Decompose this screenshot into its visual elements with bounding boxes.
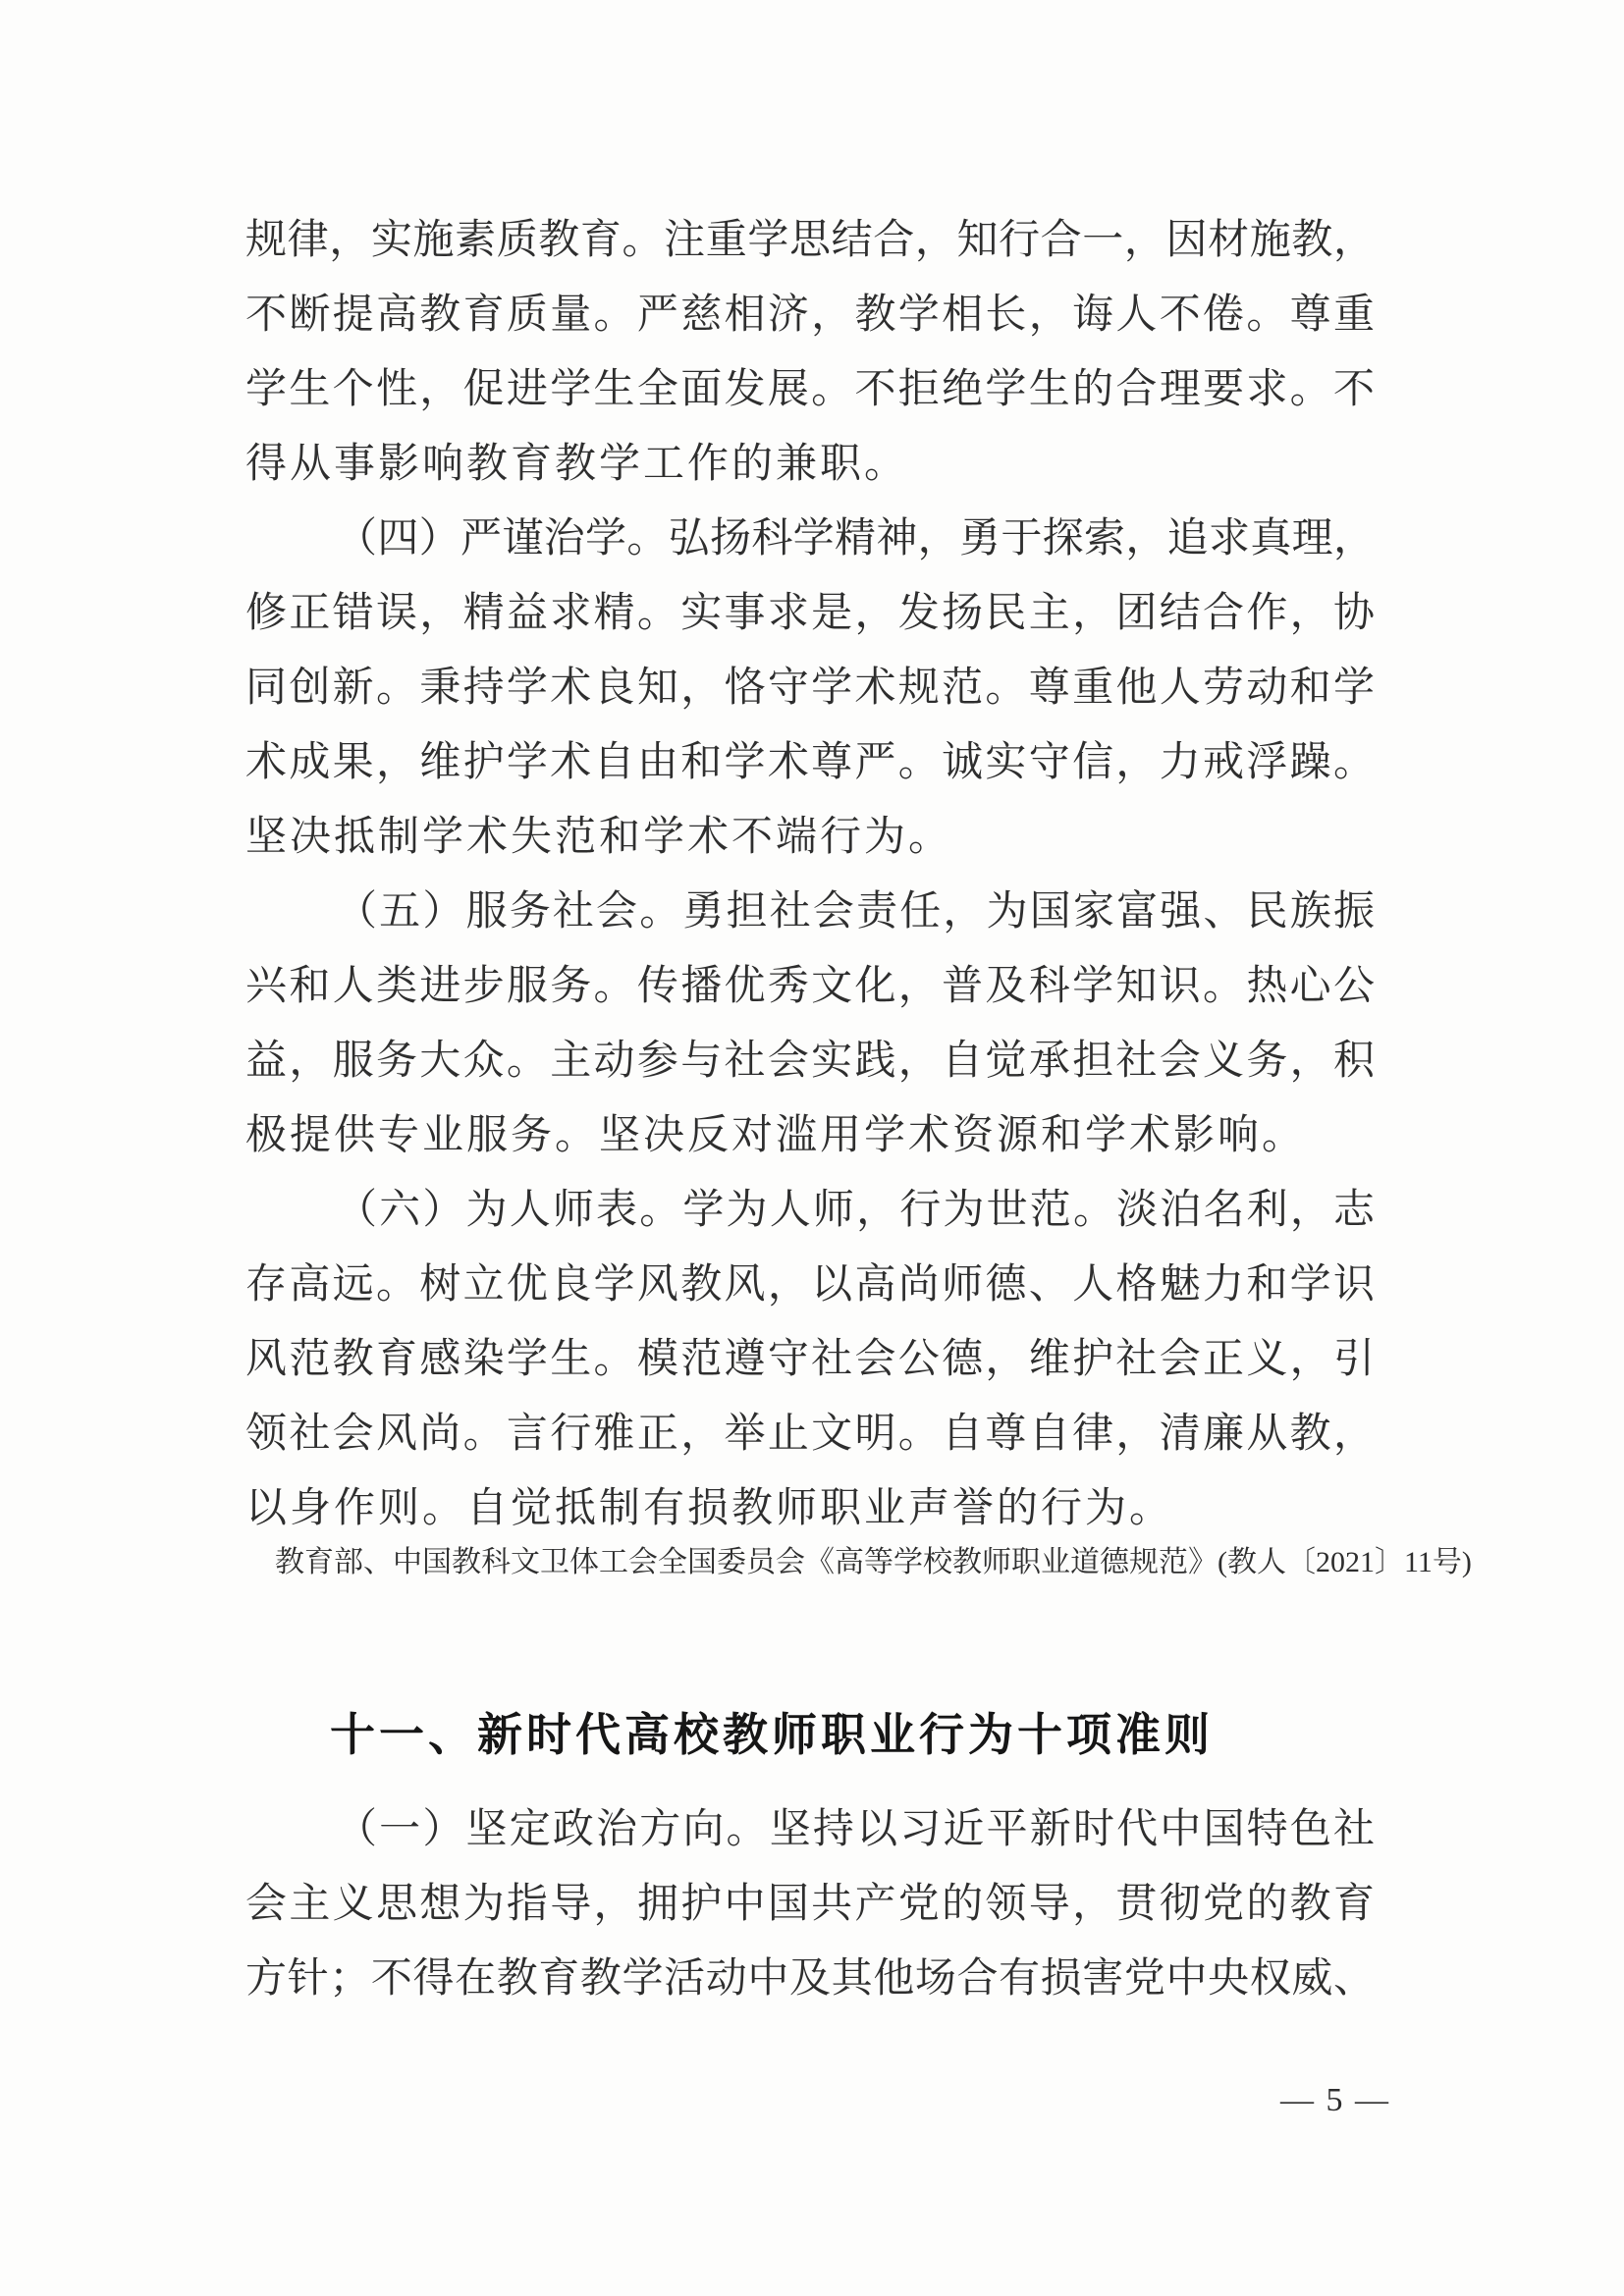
document-page: 规律，实施素质教育。注重学思结合，知行合一，因材施教， 不断提高教育质量。严慈相… [0, 0, 1624, 2296]
text-line: （六）为人师表。学为人师，行为世范。淡泊名利，志 [245, 1173, 1375, 1248]
section-heading: 十一、新时代高校教师职业行为十项准则 [245, 1705, 1214, 1764]
text-line: 术成果，维护学术自由和学术尊严。诚实守信，力戒浮躁。 [245, 725, 1375, 800]
text-line: 修正错误，精益求精。实事求是，发扬民主，团结合作，协 [245, 576, 1375, 651]
text-line: （一）坚定政治方向。坚持以习近平新时代中国特色社 [245, 1792, 1375, 1867]
section-text-block: （一）坚定政治方向。坚持以习近平新时代中国特色社 会主义思想为指导，拥护中国共产… [245, 1792, 1375, 2016]
text-line: （四）严谨治学。弘扬科学精神，勇于探索，追求真理， [245, 502, 1375, 576]
text-line: 规律，实施素质教育。注重学思结合，知行合一，因材施教， [245, 203, 1375, 278]
text-line: 会主义思想为指导，拥护中国共产党的领导，贯彻党的教育 [245, 1867, 1375, 1942]
text-line: 学生个性，促进学生全面发展。不拒绝学生的合理要求。不 [245, 352, 1375, 427]
citation-note: 教育部、中国教科文卫体工会全国委员会《高等学校教师职业道德规范》(教人〔2021… [245, 1543, 1394, 1582]
text-line: 领社会风尚。言行雅正，举止文明。自尊自律，清廉从教， [245, 1397, 1375, 1471]
text-line: 不断提高教育质量。严慈相济，教学相长，诲人不倦。尊重 [245, 278, 1375, 352]
text-line: 兴和人类进步服务。传播优秀文化，普及科学知识。热心公 [245, 949, 1375, 1024]
text-line: （五）服务社会。勇担社会责任，为国家富强、民族振 [245, 875, 1375, 949]
text-line: 风范教育感染学生。模范遵守社会公德，维护社会正义，引 [245, 1322, 1375, 1397]
text-line: 坚决抵制学术失范和学术不端行为。 [245, 800, 1375, 875]
text-line: 得从事影响教育教学工作的兼职。 [245, 427, 1375, 502]
text-line: 极提供专业服务。坚决反对滥用学术资源和学术影响。 [245, 1098, 1375, 1173]
text-line: 同创新。秉持学术良知，恪守学术规范。尊重他人劳动和学 [245, 651, 1375, 725]
body-text-block: 规律，实施素质教育。注重学思结合，知行合一，因材施教， 不断提高教育质量。严慈相… [245, 203, 1375, 1546]
text-line: 以身作则。自觉抵制有损教师职业声誉的行为。 [245, 1471, 1375, 1546]
text-line: 方针；不得在教育教学活动中及其他场合有损害党中央权威、 [245, 1942, 1375, 2016]
text-line: 存高远。树立优良学风教风，以高尚师德、人格魅力和学识 [245, 1248, 1375, 1322]
page-number: — 5 — [1257, 2079, 1414, 2122]
text-line: 益，服务大众。主动参与社会实践，自觉承担社会义务，积 [245, 1024, 1375, 1098]
